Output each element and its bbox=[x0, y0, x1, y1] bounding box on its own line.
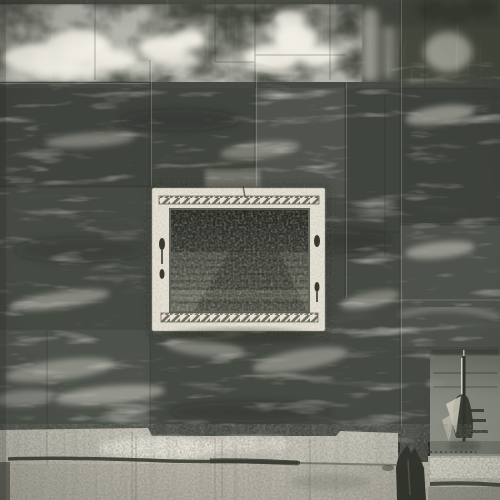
warm-tint-overlay bbox=[0, 0, 500, 500]
left-edge-shade bbox=[0, 0, 6, 500]
artwork-figure bbox=[0, 0, 500, 500]
artwork-canvas bbox=[0, 0, 500, 500]
